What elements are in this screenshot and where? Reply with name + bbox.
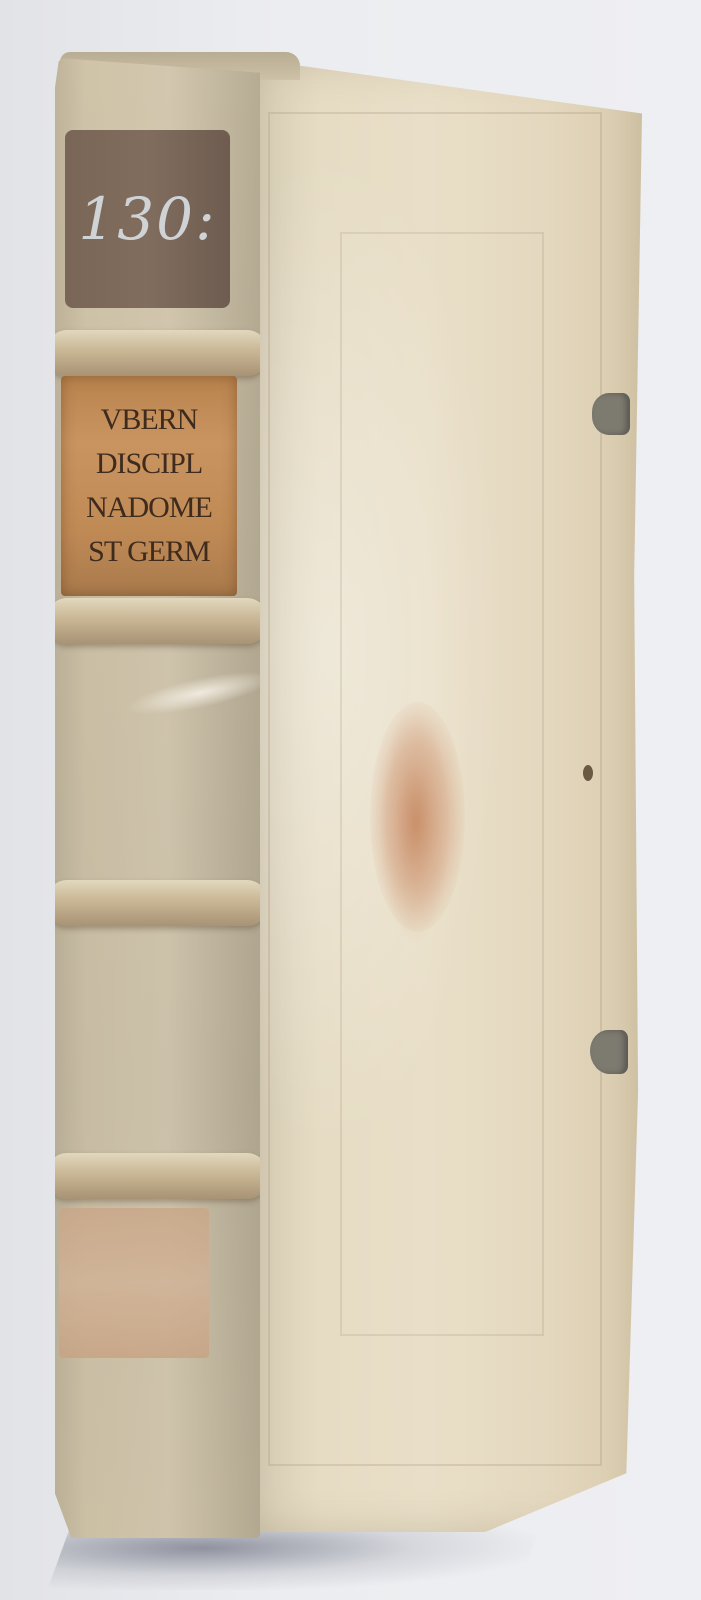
spine-scuff bbox=[124, 663, 277, 724]
title-line-2: DISCIPL bbox=[96, 445, 202, 483]
clasp-nail bbox=[583, 765, 593, 781]
shelf-number-text: 130: bbox=[78, 185, 216, 253]
shelf-number-label: 130: bbox=[65, 130, 230, 308]
clasp-bottom bbox=[590, 1030, 628, 1074]
raised-band bbox=[47, 1153, 267, 1199]
title-line-3: NADOME bbox=[86, 489, 212, 527]
clasp-top bbox=[592, 393, 630, 435]
title-label: VBERN DISCIPL NADOME ST GERM bbox=[61, 376, 237, 596]
book-spine: 130: VBERN DISCIPL NADOME ST GERM bbox=[55, 58, 260, 1538]
title-line-4: ST GERM bbox=[88, 533, 210, 571]
raised-band bbox=[47, 330, 267, 376]
title-line-1: VBERN bbox=[101, 401, 198, 439]
cover-stain bbox=[370, 702, 465, 932]
worn-bottom-label bbox=[59, 1208, 209, 1358]
front-cover-board bbox=[250, 62, 642, 1532]
raised-band bbox=[47, 598, 267, 644]
photo-scene: 130: VBERN DISCIPL NADOME ST GERM bbox=[0, 0, 701, 1600]
raised-band bbox=[47, 880, 267, 926]
